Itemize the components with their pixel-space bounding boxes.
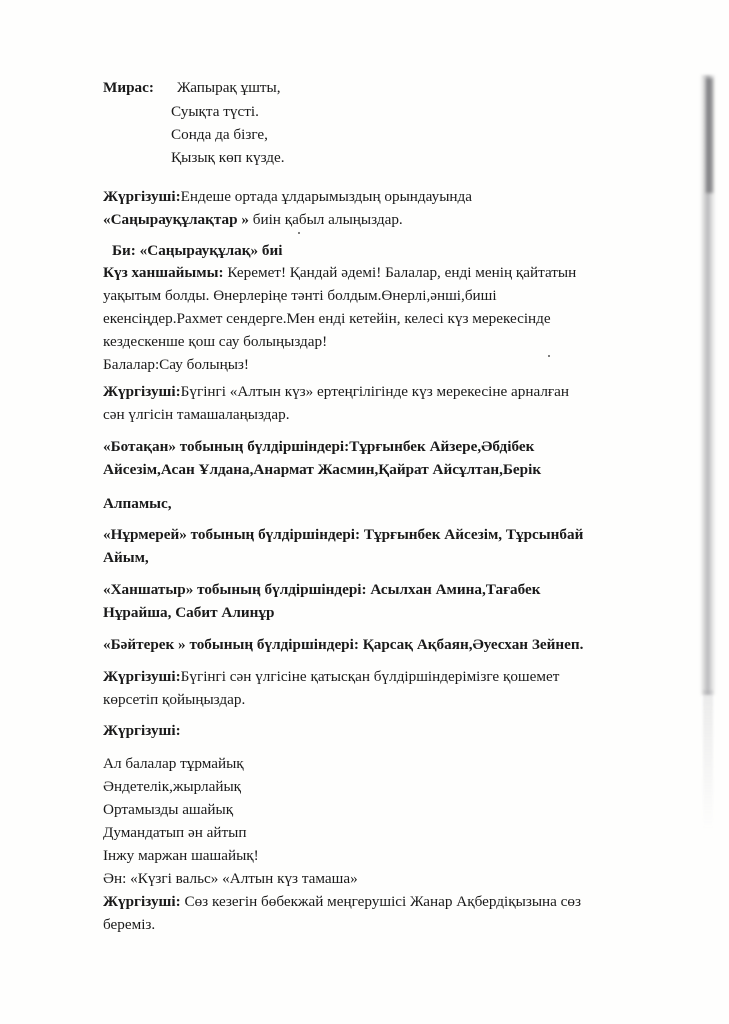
scan-artifact-fade bbox=[703, 690, 713, 830]
song-poem: Ал балалар тұрмайық Әндетелік,жырлайық О… bbox=[103, 753, 633, 890]
paragraph-text: биін қабыл алыңыздар. bbox=[249, 211, 403, 228]
paragraph-text: Бүгінгі сән үлгісіне қатысқан бүлдіршінд… bbox=[181, 668, 560, 685]
speaker-label: Күз ханшайымы: bbox=[103, 264, 224, 281]
scan-speck bbox=[548, 355, 550, 357]
group-line: «Нұрмерей» тобының бүлдіршіндері: Тұрғын… bbox=[103, 524, 633, 546]
scan-speck bbox=[298, 232, 300, 234]
speaker-label: Жүргізуші: bbox=[103, 720, 181, 742]
group-line: Айсезім,Асан Ұлдана,Анармат Жасмин,Қайра… bbox=[103, 459, 633, 481]
paragraph-text: Сөз кезегін бөбекжай меңгерушісі Жанар А… bbox=[181, 893, 581, 910]
paragraph-text: Керемет! Қандай әдемі! Балалар, енді мен… bbox=[224, 264, 577, 281]
paragraph-text: сән үлгісін тамашалаңыздар. bbox=[103, 404, 633, 426]
paragraph-text: Ендеше ортада ұлдарымыздың орындауында bbox=[181, 188, 472, 205]
host-intro-dance: Жүргізуші:Ендеше ортада ұлдарымыздың оры… bbox=[103, 186, 633, 231]
speaker-label: Мирас: bbox=[103, 77, 154, 99]
song-title-line: Ән: «Күзгі вальс» «Алтын күз тамаша» bbox=[103, 868, 633, 890]
children-reply: Балалар:Сау болыңыз! bbox=[103, 354, 633, 376]
group-line: Нұрайша, Сабит Алинұр bbox=[103, 602, 633, 624]
poem-line: Думандатып ән айтып bbox=[103, 822, 633, 844]
scanned-page: Мирас: Жапырақ ұшты, Суықта түсті. Сонда… bbox=[0, 0, 729, 1024]
speaker-label: Жүргізуші: bbox=[103, 893, 181, 910]
paragraph-text: көрсетіп қойыңыздар. bbox=[103, 689, 633, 711]
group-line: «Ботақан» тобының бүлдіршіндері:Тұрғынбе… bbox=[103, 436, 633, 458]
host-closing: Жүргізуші: Сөз кезегін бөбекжай меңгеруш… bbox=[103, 891, 633, 936]
speaker-label: Жүргізуші: bbox=[103, 383, 181, 400]
dance-heading: Би: «Саңырауқұлақ» биі bbox=[112, 240, 282, 262]
poem-line: Ал балалар тұрмайық bbox=[103, 753, 633, 775]
group-line: «Бәйтерек » тобының бүлдіршіндері: Қарса… bbox=[103, 634, 633, 656]
poem-line: Қызық көп күзде. bbox=[171, 147, 285, 169]
poem-line: Суықта түсті. bbox=[171, 101, 259, 123]
paragraph-text: Бүгінгі «Алтын күз» ертеңгілігінде күз м… bbox=[181, 383, 569, 400]
paragraph-text: екенсіңдер.Рахмет сендерге.Мен енді кете… bbox=[103, 308, 633, 330]
poem-line: Ортамызды ашайық bbox=[103, 799, 633, 821]
paragraph-text: береміз. bbox=[103, 914, 633, 936]
poem-line: Әндетелік,жырлайық bbox=[103, 776, 633, 798]
host-applause: Жүргізуші:Бүгінгі сән үлгісіне қатысқан … bbox=[103, 666, 633, 711]
group-line: Алпамыс, bbox=[103, 493, 633, 515]
host-fashion-intro: Жүргізуші:Бүгінгі «Алтын күз» ертеңгіліг… bbox=[103, 381, 633, 426]
scan-artifact-dark bbox=[706, 78, 713, 193]
group-line: Айым, bbox=[103, 547, 633, 569]
speaker-label: Жүргізуші: bbox=[103, 668, 181, 685]
group-botakan: «Ботақан» тобының бүлдіршіндері:Тұрғынбе… bbox=[103, 436, 633, 515]
dance-title: «Саңырауқұлақтар » bbox=[103, 211, 249, 228]
group-khanshatyr: «Ханшатыр» тобының бүлдіршіндері: Асылха… bbox=[103, 579, 633, 624]
autumn-queen-speech: Күз ханшайымы: Керемет! Қандай әдемі! Ба… bbox=[103, 262, 633, 376]
poem-line: Сонда да бізге, bbox=[171, 124, 268, 146]
poem-line: Жапырақ ұшты, bbox=[177, 77, 281, 99]
group-line: «Ханшатыр» тобының бүлдіршіндері: Асылха… bbox=[103, 579, 633, 601]
poem-line: Інжу маржан шашайық! bbox=[103, 845, 633, 867]
speaker-label: Жүргізуші: bbox=[103, 188, 181, 205]
group-baiterek: «Бәйтерек » тобының бүлдіршіндері: Қарса… bbox=[103, 634, 633, 656]
paragraph-text: кездескенше қош сау болыңыздар! bbox=[103, 331, 633, 353]
paragraph-text: уақытым болды. Өнерлеріңе тәнті болдым.Ө… bbox=[103, 285, 633, 307]
group-nurmerei: «Нұрмерей» тобының бүлдіршіндері: Тұрғын… bbox=[103, 524, 633, 569]
